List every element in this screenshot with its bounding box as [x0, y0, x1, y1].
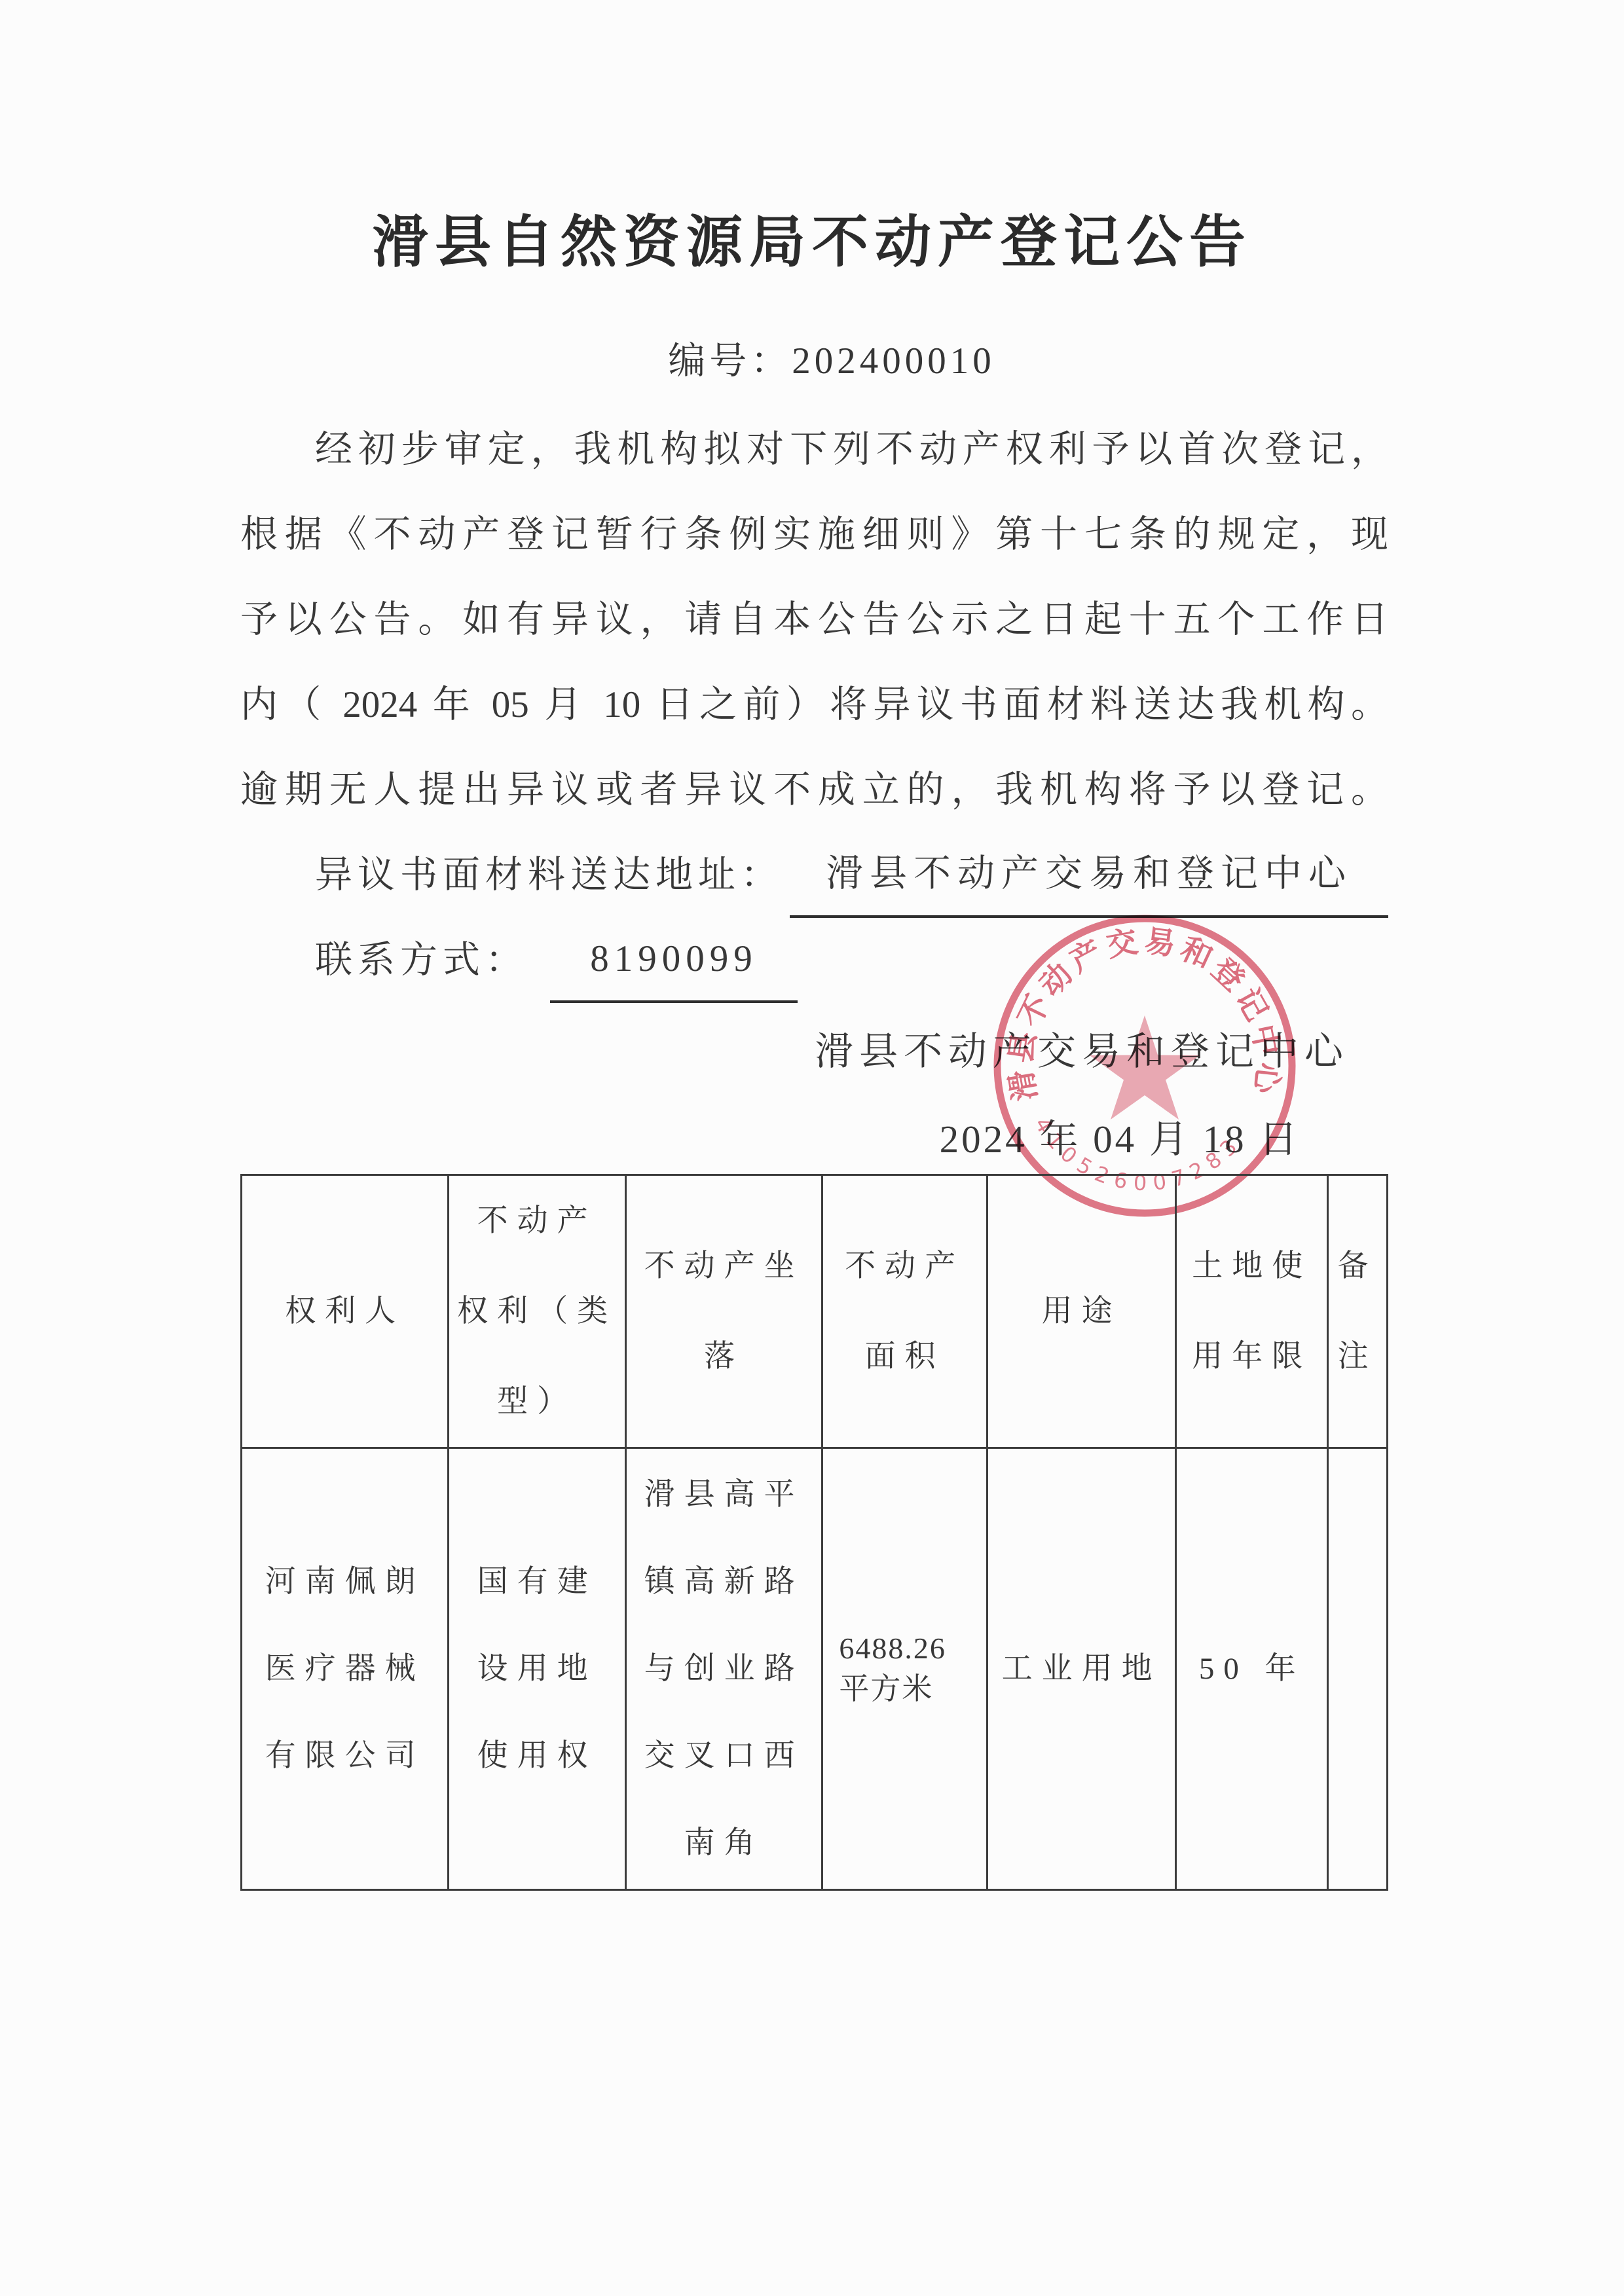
body-line: 根据《不动产登记暂行条例实施细则》第十七条的规定，现: [240, 492, 1388, 577]
doc-number: 编号：202400010: [20, 331, 1624, 384]
table-row: 河南佩朗 医疗器械 有限公司 国有建 设用地 使用权 滑县高平 镇高新路 与创业…: [242, 1448, 1388, 1890]
registration-table: 权利人 不动产 权利（类 型） 不动产坐 落 不动产 面积 用途 土地使 用年限…: [240, 1174, 1388, 1891]
header-usage: 用途: [987, 1175, 1176, 1448]
header-right-holder: 权利人: [242, 1175, 449, 1448]
cell-right-holder: 河南佩朗 医疗器械 有限公司: [242, 1448, 449, 1890]
contact-value: 8190099: [550, 918, 798, 1003]
contact-label: 联系方式：: [315, 918, 528, 1003]
table-header-row: 权利人 不动产 权利（类 型） 不动产坐 落 不动产 面积 用途 土地使 用年限…: [242, 1175, 1388, 1448]
announcement-body: 经初步审定，我机构拟对下列不动产权利予以首次登记， 根据《不动产登记暂行条例实施…: [240, 407, 1388, 1003]
cell-usage: 工业用地: [987, 1448, 1176, 1890]
issuer-signature: 滑县不动产交易和登记中心: [240, 1020, 1349, 1076]
header-land-term: 土地使 用年限: [1176, 1175, 1328, 1448]
cell-location: 滑县高平 镇高新路 与创业路 交叉口西 南角: [625, 1448, 822, 1890]
cell-area: 6488.26 平方米: [822, 1448, 987, 1890]
issue-date: 2024 年 04 月 18 日: [907, 1108, 1333, 1163]
body-line: 经初步审定，我机构拟对下列不动产权利予以首次登记，: [240, 407, 1388, 492]
cell-remarks: [1328, 1448, 1388, 1890]
contact-line: 联系方式： 8190099: [240, 918, 1388, 1003]
body-line: 内（ 2024 年 05 月 10 日之前）将异议书面材料送达我机构。: [240, 663, 1388, 748]
header-area: 不动产 面积: [822, 1175, 987, 1448]
body-line: 逾期无人提出异议或者异议不成立的，我机构将予以登记。: [240, 748, 1388, 833]
body-line: 予以公告。如有异议，请自本公告公示之日起十五个工作日: [240, 577, 1388, 663]
header-remarks: 备 注: [1328, 1175, 1388, 1448]
page-title: 滑县自然资源局不动产登记公告: [0, 196, 1624, 278]
header-location: 不动产坐 落: [625, 1175, 822, 1448]
address-label: 异议书面材料送达地址：: [315, 833, 783, 918]
announcement-page: 滑县自然资源局不动产登记公告 编号：202400010 经初步审定，我机构拟对下…: [0, 0, 1624, 2296]
address-value: 滑县不动产交易和登记中心: [790, 833, 1388, 918]
header-right-type: 不动产 权利（类 型）: [449, 1175, 626, 1448]
cell-land-term: 50 年: [1176, 1448, 1328, 1890]
cell-right-type: 国有建 设用地 使用权: [449, 1448, 626, 1890]
address-line: 异议书面材料送达地址： 滑县不动产交易和登记中心: [240, 833, 1388, 918]
